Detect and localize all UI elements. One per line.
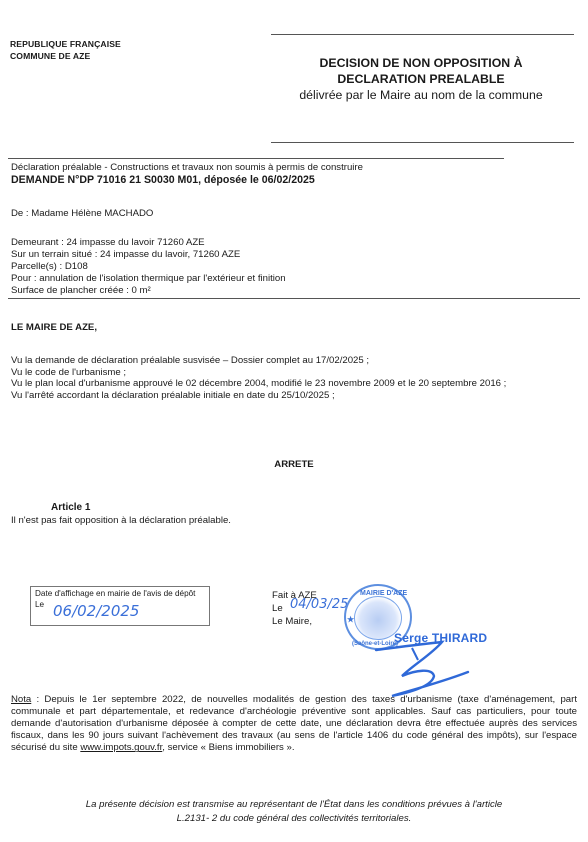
footer-line-2: L.2131- 2 du code général des collectivi… [40, 812, 548, 826]
demand-number: DEMANDE N°DP 71016 21 S0030 M01, déposée… [11, 174, 315, 187]
nota-text-end: , service « Biens immobiliers ». [162, 742, 294, 753]
title-bottom-rule [271, 142, 574, 143]
consideration-item: Vu la demande de déclaration préalable s… [11, 355, 577, 367]
request-type: Déclaration préalable - Constructions et… [11, 162, 363, 174]
document-title: DECISION DE NON OPPOSITION À DECLARATION… [268, 55, 574, 103]
republic-label: REPUBLIQUE FRANÇAISE [10, 38, 121, 50]
consideration-item: Vu le code de l'urbanisme ; [11, 367, 577, 379]
stamp-star-icon: ★ [347, 614, 354, 626]
posting-date-box: Date d'affichage en mairie de l'avis de … [30, 586, 210, 626]
consideration-item: Vu le plan local d'urbanisme approuvé le… [11, 378, 577, 390]
nota-paragraph: Nota : Depuis le 1er septembre 2022, de … [11, 694, 577, 754]
footer-note: La présente décision est transmise au re… [40, 798, 548, 826]
land-location: Sur un terrain situé : 24 impasse du lav… [11, 249, 240, 261]
purpose: Pour : annulation de l'isolation thermiq… [11, 273, 286, 285]
handwritten-signature-icon [372, 640, 472, 700]
impots-link[interactable]: www.impots.gouv.fr [80, 742, 162, 753]
title-top-rule [271, 34, 574, 35]
consideration-item: Vu l'arrêté accordant la déclaration pré… [11, 390, 577, 402]
article-text: Il n'est pas fait opposition à la déclar… [11, 515, 231, 527]
nota-label: Nota [11, 694, 31, 705]
title-line-2: DECLARATION PREALABLE [268, 71, 574, 87]
floor-area: Surface de plancher créée : 0 m² [11, 285, 151, 297]
parcel: Parcelle(s) : D108 [11, 261, 88, 273]
posting-handwritten-date: 06/02/2025 [53, 602, 139, 620]
considerations-list: Vu la demande de déclaration préalable s… [11, 355, 577, 401]
stamp-top-text: MAIRIE D'AZE [360, 588, 407, 600]
request-top-rule [8, 158, 504, 159]
signature-role: Le Maire, [272, 616, 312, 628]
commune-label: COMMUNE DE AZE [10, 50, 90, 62]
title-line-1: DECISION DE NON OPPOSITION À [268, 55, 574, 71]
posting-date-label: Date d'affichage en mairie de l'avis de … [35, 589, 195, 599]
mayor-heading: LE MAIRE DE AZE, [11, 322, 97, 334]
signature-handwritten-date: 04/03/25 [290, 597, 348, 613]
applicant: De : Madame Hélène MACHADO [11, 208, 153, 220]
posting-le-label: Le [35, 600, 44, 610]
signature-le-label: Le [272, 603, 283, 615]
article-title: Article 1 [51, 502, 90, 514]
residence: Demeurant : 24 impasse du lavoir 71260 A… [11, 237, 205, 249]
footer-line-1: La présente décision est transmise au re… [40, 798, 548, 812]
request-bottom-rule [8, 298, 580, 299]
arrete-heading: ARRETE [0, 459, 588, 471]
title-subtitle: délivrée par le Maire au nom de la commu… [268, 87, 574, 103]
